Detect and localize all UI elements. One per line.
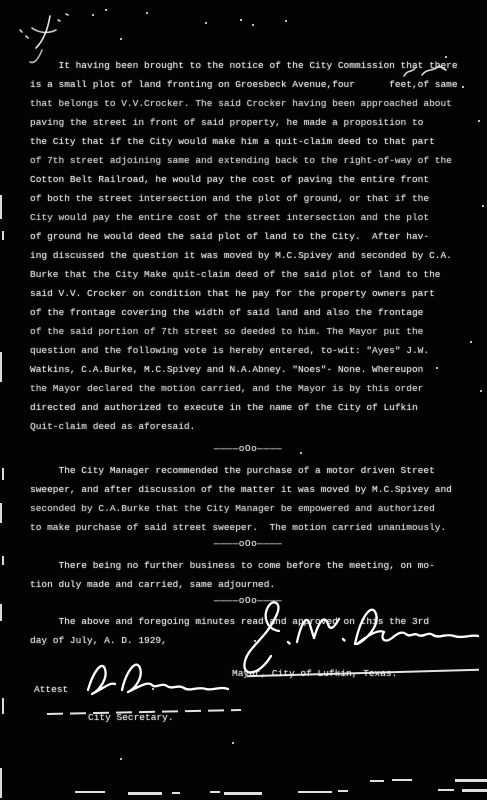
scan-artifact — [128, 792, 162, 795]
text-line: City would pay the entire cost of the st… — [30, 208, 466, 227]
text-line: Watkins, C.A.Burke, M.C.Spivey and N.A.A… — [30, 360, 466, 379]
scan-artifact — [462, 789, 487, 792]
text-line: sweeper, and after discussion of the mat… — [30, 480, 466, 499]
text-line: paving the street in front of said prope… — [30, 113, 466, 132]
text-line: of the said portion of 7th street so dee… — [30, 322, 466, 341]
section-divider: ————oOo———— — [30, 443, 466, 454]
scan-artifact — [2, 698, 4, 714]
text-line: tion duly made and carried, same adjourn… — [30, 575, 466, 594]
secretary-title: City Secretary. — [88, 712, 174, 723]
scan-artifact — [2, 231, 4, 240]
text-line: is a small plot of land fronting on Groe… — [30, 75, 466, 94]
scan-artifact — [0, 352, 2, 382]
text-line: Cotton Belt Railroad, he would pay the c… — [30, 170, 466, 189]
paragraph-2: The City Manager recommended the purchas… — [30, 461, 466, 537]
scan-artifact — [224, 792, 262, 795]
scan-artifact — [0, 195, 2, 219]
text-line: of both the street intersection and the … — [30, 189, 466, 208]
text-line: the Mayor declared the motion carried, a… — [30, 379, 466, 398]
text-line: directed and authorized to execute in th… — [30, 398, 466, 417]
text-line: of 7th street adjoining same and extendi… — [30, 151, 466, 170]
text-line: There being no further business to come … — [30, 556, 466, 575]
photostat-page: It having been brought to the notice of … — [0, 0, 487, 800]
scan-artifact — [75, 791, 105, 793]
scan-artifact — [210, 791, 220, 793]
text-line: Burke that the City Make quit-claim deed… — [30, 265, 466, 284]
mayor-title: Mayor, City of Lufkin, Texas. — [232, 668, 397, 679]
text-line: It having been brought to the notice of … — [30, 56, 466, 75]
text-line: The City Manager recommended the purchas… — [30, 461, 466, 480]
scan-artifact — [2, 468, 4, 480]
scan-artifact — [172, 792, 180, 794]
text-line: question and the following vote is hereb… — [30, 341, 466, 360]
scan-artifact — [0, 503, 2, 523]
text-line: the City that if the City would make him… — [30, 132, 466, 151]
scan-artifact — [438, 789, 454, 791]
scan-artifact — [370, 780, 384, 782]
scan-artifact — [455, 779, 487, 782]
secretary-signature — [60, 648, 250, 710]
text-line: to make purchase of said street sweeper.… — [30, 518, 466, 537]
paragraph-1: It having been brought to the notice of … — [30, 56, 466, 436]
text-line: of the frontage covering the width of sa… — [30, 303, 466, 322]
scan-artifact — [298, 791, 332, 793]
scan-artifact — [0, 604, 2, 621]
text-line: that belongs to V.V.Crocker. The said Cr… — [30, 94, 466, 113]
text-line: Quit-claim deed as aforesaid. — [30, 417, 466, 436]
paragraph-3: There being no further business to come … — [30, 556, 466, 594]
text-line: ing discussed the question it was moved … — [30, 246, 466, 265]
text-line: seconded by C.A.Burke that the City Mana… — [30, 499, 466, 518]
scan-artifact — [2, 556, 4, 565]
scan-artifact — [0, 768, 2, 798]
scan-artifact — [392, 779, 412, 781]
section-divider: ————oOo———— — [30, 538, 466, 549]
scan-noise-speckles — [0, 0, 2, 2]
text-line: said V.V. Crocker on condition that he p… — [30, 284, 466, 303]
text-line: of ground he would deed the said plot of… — [30, 227, 466, 246]
scan-artifact — [338, 790, 348, 792]
